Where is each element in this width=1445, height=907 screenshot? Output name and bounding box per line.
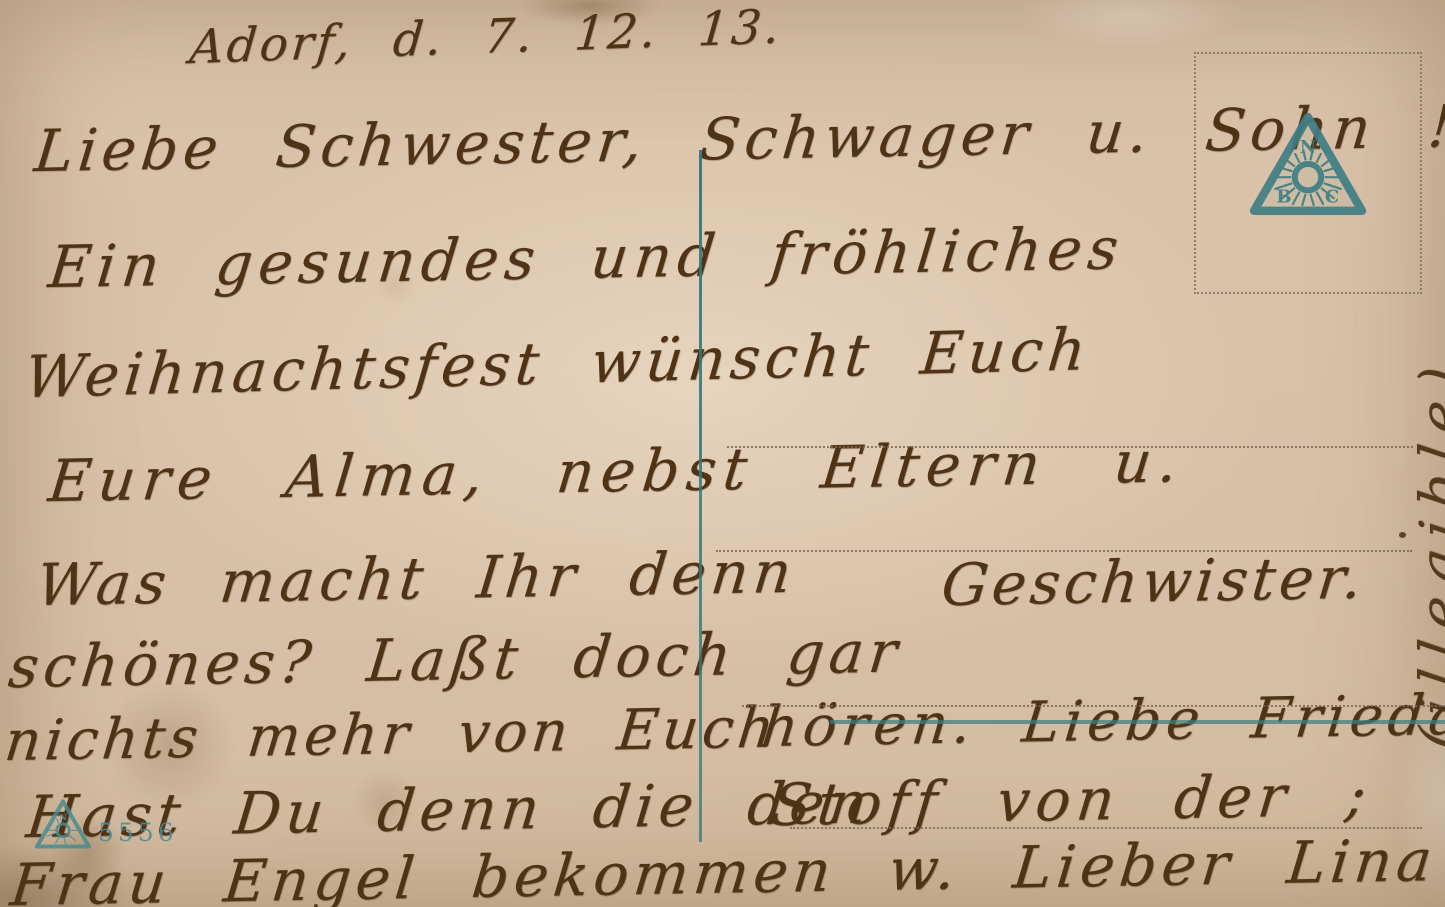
logo-letter-top: N [1300, 137, 1316, 158]
message-line-2: Ein gesundes und fröhliches [46, 219, 1127, 296]
logo-letter-right: C [1325, 186, 1339, 207]
ink-speck [1399, 532, 1406, 538]
date-line: Adorf, d. 7. 12. 13. [188, 3, 784, 71]
nbc-triangle-logo-icon: N B C [1248, 110, 1368, 218]
address-dotted-line-1 [727, 446, 1413, 448]
message-line-5-right: Geschwister. [939, 549, 1369, 615]
vertical-handwriting: (illegible) [1408, 351, 1445, 753]
svg-text:N: N [59, 813, 67, 823]
message-line-4: Eure Alma, nebst Eltern u. [46, 432, 1187, 510]
center-divider-line [699, 150, 702, 842]
logo-letter-left: B [1276, 186, 1291, 207]
card-number: 5556 [98, 818, 178, 847]
address-dotted-line-4 [790, 827, 1422, 829]
message-line-7-left: nichts mehr von Euch [2, 701, 781, 771]
message-line-3: Weihnachtsfest wünscht Euch [22, 320, 1093, 406]
message-line-5-left: Was macht Ihr denn [34, 543, 799, 614]
publisher-logo-small-icon: N [34, 798, 92, 850]
message-line-8-right: Stoff von der ; [769, 766, 1375, 835]
teal-horizontal-line [830, 720, 1445, 724]
postcard-back: Adorf, d. 7. 12. 13. Liebe Schwester, Sc… [0, 0, 1445, 907]
address-dotted-line-2 [716, 550, 1412, 552]
address-dotted-line-3 [742, 705, 1445, 707]
message-line-6: schönes? Laßt doch gar [6, 622, 905, 696]
